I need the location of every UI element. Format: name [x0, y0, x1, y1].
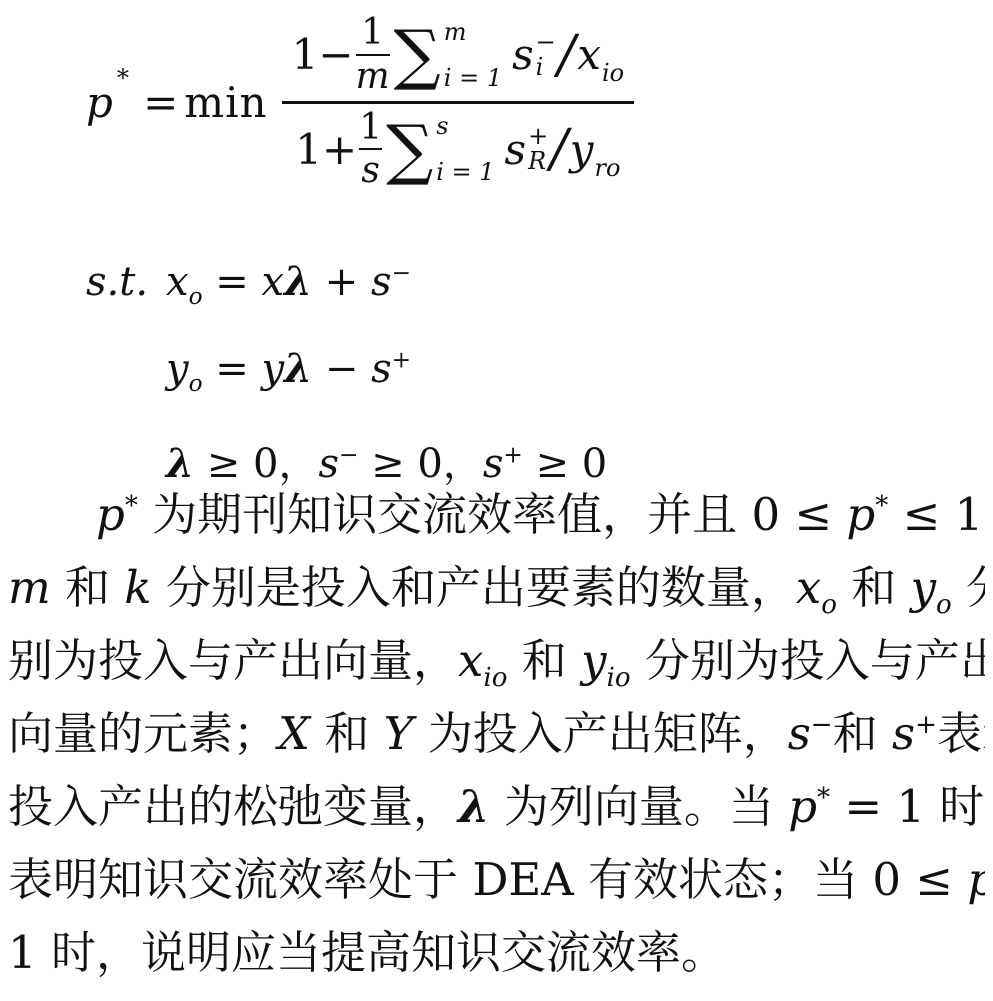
sum-upper-limit: m [444, 20, 502, 44]
summation-limits: m i = 1 [444, 18, 502, 92]
summation-limits: s i = 1 [436, 112, 494, 186]
text-segment: * [875, 491, 888, 521]
coef-numerator: 1 [359, 109, 382, 147]
denominator-slack-term: s + R [505, 124, 549, 174]
text-segment: p [846, 488, 875, 541]
text-segment: y [166, 346, 189, 392]
text-segment: + [503, 442, 522, 469]
text-segment: 别为投入与产出向量， [8, 634, 458, 687]
text-segment: 表明知识交流效率处于 [8, 853, 472, 906]
fraction-rule [282, 101, 635, 104]
text-segment: ， [983, 488, 985, 541]
text-segment: − [392, 260, 411, 287]
denominator-lead: 1+ [295, 125, 357, 174]
st-label: s.t. [86, 259, 166, 305]
division-slash: / [558, 29, 576, 81]
text-segment: s [371, 346, 392, 392]
text-segment: o [821, 590, 837, 620]
text-segment: io [483, 663, 507, 693]
text-segment: k [124, 561, 151, 614]
coef-numerator: 1 [361, 14, 384, 52]
divisor-subscript: ro [594, 154, 620, 182]
text-segment: − [339, 442, 358, 469]
sum-lower-limit: i = 1 [436, 160, 494, 184]
text-segment: 为投入产出矩阵， [413, 707, 787, 760]
text-segment: s [788, 707, 811, 760]
text-segment: 分 [952, 561, 985, 614]
objective-formula: p * = min 1− 1 m ∑ m i = 1 [86, 14, 634, 190]
text-segment: λ [284, 258, 312, 305]
division-slash: / [550, 123, 568, 175]
divisor-base: x [577, 30, 601, 79]
constraint-output: yo = yλ − s+ [166, 345, 411, 392]
text-segment: X [278, 707, 310, 760]
numerator-coefficient-fraction: 1 m [356, 14, 390, 96]
text-segment: = [203, 259, 262, 305]
numerator-summation: ∑ m i = 1 [394, 18, 502, 92]
text-segment: m [8, 561, 51, 614]
document-page: p * = min 1− 1 m ∑ m i = 1 [0, 0, 993, 1001]
text-segment: 时，说明应当提高知识交流效率。 [51, 926, 726, 979]
text-segment: 向量的元素； [8, 707, 278, 760]
fraction-numerator: 1− 1 m ∑ m i = 1 s − i [282, 14, 635, 96]
text-segment: + [915, 710, 937, 740]
text-segment: + [392, 347, 411, 374]
text-segment: x [261, 259, 284, 305]
sigma-symbol: ∑ [394, 25, 441, 84]
text-segment: 为期刊知识交流效率值，并且 [138, 488, 752, 541]
coef-denominator: m [356, 58, 390, 96]
numerator-slack-term: s − i [512, 30, 556, 80]
text-segment: 分别是投入和产出要素的数量， [152, 561, 796, 614]
text-segment: y [911, 561, 936, 614]
text-segment: o [936, 590, 952, 620]
text-segment: = [203, 346, 262, 392]
text-segment: 有效状态；当 [574, 853, 873, 906]
text-segment: 时， [939, 780, 985, 833]
paragraph-line: 别为投入与产出向量，xio 和 yio 分别为投入与产出 [8, 624, 985, 697]
text-segment: 投入产出的松弛变量， [8, 780, 458, 833]
constraint-input: xo = xλ + s− [166, 258, 411, 305]
slack-base: s [512, 30, 534, 79]
paragraph-line: 表明知识交流效率处于 DEA 有效状态；当 0 ≤ p* < [8, 843, 985, 916]
numerator-lead: 1− [292, 30, 354, 79]
denominator-divisor: y ro [570, 125, 621, 174]
text-segment: − [811, 710, 833, 740]
body-paragraph: p* 为期刊知识交流效率值，并且 0 ≤ p* ≤ 1， m 和 k 分别是投入… [8, 478, 985, 989]
paragraph-line: 向量的元素；X 和 Y 为投入产出矩阵，s−和 s+表示 [8, 697, 985, 770]
text-segment: 1 [8, 926, 51, 979]
text-segment: 和 [310, 707, 384, 760]
text-segment: y [262, 346, 285, 392]
paragraph-line: m 和 k 分别是投入和产出要素的数量，xo 和 yo 分 [8, 551, 985, 624]
text-segment: 为列向量。当 [490, 780, 789, 833]
paragraph-line: 1 时，说明应当提高知识交流效率。 [8, 916, 985, 989]
paragraph-line: p* 为期刊知识交流效率值，并且 0 ≤ p* ≤ 1， [8, 478, 985, 551]
sigma-symbol: ∑ [386, 120, 433, 179]
slack-scripts: + R [528, 124, 548, 174]
text-segment: 和 [507, 634, 581, 687]
sum-upper-limit: s [436, 114, 494, 138]
text-segment: s [892, 707, 915, 760]
constraint-row: s.t. xo = xλ + s− [86, 258, 607, 305]
slack-subscript: R [528, 149, 546, 174]
denominator-summation: ∑ s i = 1 [386, 112, 494, 186]
text-segment: 和 [837, 561, 911, 614]
slack-base: s [505, 125, 527, 174]
text-segment: + [312, 259, 371, 305]
main-fraction: 1− 1 m ∑ m i = 1 s − i [282, 14, 635, 190]
text-segment: x [458, 634, 483, 687]
paragraph-line: 投入产出的松弛变量，λ 为列向量。当 p* = 1 时， [8, 770, 985, 843]
text-segment: 0 ≤ [872, 853, 967, 906]
constraint-row: yo = yλ − s+ [86, 345, 607, 392]
text-segment: s [371, 259, 392, 305]
text-segment: p [788, 780, 817, 833]
sum-lower-limit: i = 1 [444, 66, 502, 90]
text-segment: DEA [472, 853, 573, 906]
text-segment: = 1 [830, 780, 939, 833]
text-segment: 表示 [937, 707, 985, 760]
text-segment: 0 ≤ [751, 488, 846, 541]
divisor-subscript: io [602, 59, 624, 87]
formula-lhs: p * [86, 78, 129, 127]
text-segment: ≤ 1 [888, 488, 983, 541]
equals-sign: = [143, 78, 178, 127]
lhs-variable: p [86, 78, 113, 127]
text-segment: Y [384, 707, 414, 760]
text-segment: * [817, 783, 830, 813]
numerator-divisor: x io [577, 30, 624, 79]
text-segment: 和 [833, 707, 892, 760]
text-segment: λ [458, 780, 490, 833]
text-segment: p [96, 488, 125, 541]
fraction-denominator: 1+ 1 s ∑ s i = 1 s + R [285, 109, 630, 191]
text-segment: x [166, 259, 189, 305]
text-segment: o [189, 370, 203, 397]
text-segment: y [581, 634, 606, 687]
text-segment: p [967, 853, 985, 906]
denominator-coefficient-fraction: 1 s [359, 109, 382, 191]
text-segment: o [189, 283, 203, 310]
slack-subscript: i [536, 55, 544, 80]
slack-scripts: − i [536, 30, 556, 80]
slack-superscript: + [528, 124, 548, 149]
slack-superscript: − [536, 30, 556, 55]
text-segment: x [796, 561, 821, 614]
text-segment: − [312, 346, 371, 392]
min-operator: min [184, 78, 267, 127]
divisor-base: y [570, 125, 594, 174]
text-segment: * [125, 491, 138, 521]
coef-denominator: s [361, 152, 379, 190]
text-segment: λ [284, 345, 312, 392]
text-segment: 分别为投入与产出 [631, 634, 985, 687]
text-segment: io [607, 663, 631, 693]
text-segment: 和 [51, 561, 125, 614]
